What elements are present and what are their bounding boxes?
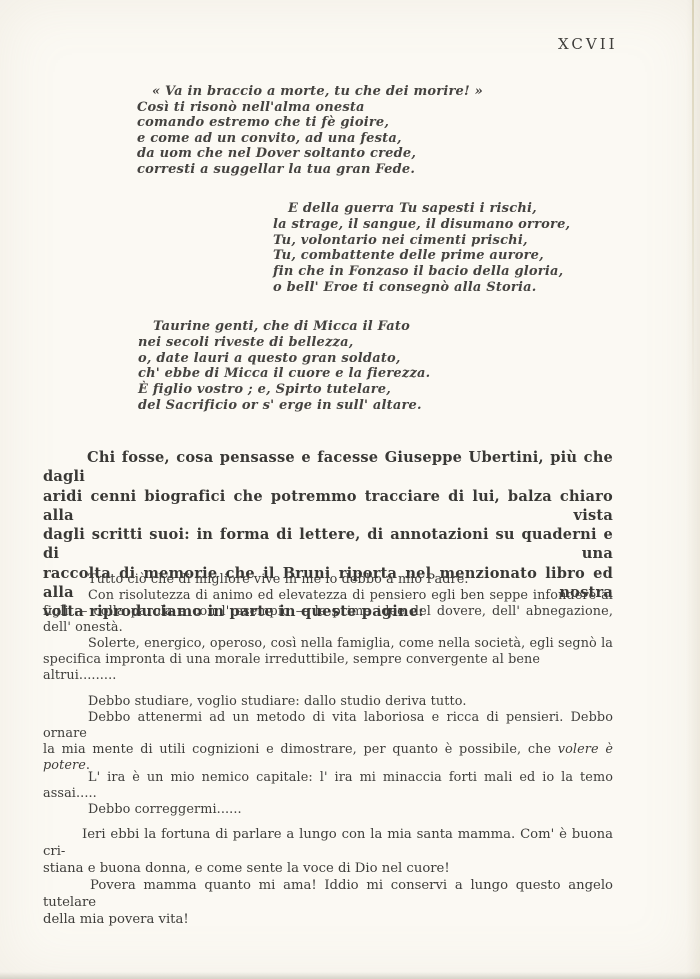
text-line: L' ira è un mio nemico capitale: l' ira …	[43, 770, 613, 802]
text-line: Tutto ciò che di migliore vive in me lo …	[43, 572, 613, 588]
text-line: Povera mamma quanto mi ama! Iddio mi con…	[43, 877, 613, 911]
text-line: « Va in braccio a morte, tu che dei mori…	[137, 84, 483, 100]
text-line: Debbo correggermi......	[43, 802, 613, 818]
poem-stanza-2: E della guerra Tu sapesti i rischi,la st…	[273, 201, 570, 296]
text-segment: la mia mente di utili cognizioni e dimos…	[43, 742, 558, 757]
text-line: Debbo studiare, voglio studiare: dallo s…	[43, 694, 613, 710]
text-line: Ieri ebbi la fortuna di parlare a lungo …	[43, 826, 613, 860]
text-line: Così ti risonò nell'alma onesta	[137, 100, 483, 116]
text-line: da uom che nel Dover soltanto crede,	[137, 146, 483, 162]
scan-edge-bottom-shade	[0, 972, 700, 979]
text-line: Debbo attenermi ad un metodo di vita lab…	[43, 710, 613, 742]
text-line: nei secoli riveste di bellezza,	[138, 335, 430, 351]
text-line: ch' ebbe di Micca il cuore e la fierezza…	[138, 366, 430, 382]
text-line: e come ad un convito, ad una festa,	[137, 131, 483, 147]
memoir-quote-father: Tutto ciò che di migliore vive in me lo …	[43, 572, 613, 684]
text-line: stiana e buona donna, e come sente la vo…	[43, 860, 613, 877]
memoir-quote-mother: Ieri ebbi la fortuna di parlare a lungo …	[43, 826, 613, 928]
scan-edge-right-shade	[686, 0, 700, 979]
page-number: XCVII	[558, 35, 618, 53]
text-line: Chi fosse, cosa pensasse e facesse Giuse…	[43, 448, 613, 487]
text-line: o, date lauri a questo gran soldato,	[138, 351, 430, 367]
text-line: aridi cenni biografici che potremmo trac…	[43, 487, 613, 526]
text-line: E della guerra Tu sapesti i rischi,	[273, 201, 570, 217]
text-line: specifica impronta di una morale irredut…	[43, 652, 613, 684]
text-line: o bell' Eroe ti consegnò alla Storia.	[273, 280, 570, 296]
text-line: comando estremo che ti fè gioire,	[137, 115, 483, 131]
text-line: la strage, il sangue, il disumano orrore…	[273, 217, 570, 233]
text-line: figli — colla parola e con l' esempio — …	[43, 604, 613, 620]
text-line: Tu, volontario nei cimenti prischi,	[273, 233, 570, 249]
text-line: Solerte, energico, operoso, così nella f…	[43, 636, 613, 652]
text-line: dagli scritti suoi: in forma di lettere,…	[43, 525, 613, 564]
text-line: della mia povera vita!	[43, 911, 613, 928]
text-line: Con risolutezza di animo ed elevatezza d…	[43, 588, 613, 604]
text-line: Tu, combattente delle prime aurore,	[273, 248, 570, 264]
poem-stanza-3: Taurine genti, che di Micca il Fatonei s…	[138, 319, 430, 414]
memoir-quote-study: Debbo studiare, voglio studiare: dallo s…	[43, 694, 613, 774]
text-line: Taurine genti, che di Micca il Fato	[138, 319, 430, 335]
text-line: fin che in Fonzaso il bacio della gloria…	[273, 264, 570, 280]
memoir-quote-anger: L' ira è un mio nemico capitale: l' ira …	[43, 770, 613, 818]
text-line: È figlio vostro ; e, Spirto tutelare,	[138, 382, 430, 398]
text-line: del Sacrificio or s' erge in sull' altar…	[138, 398, 430, 414]
poem-stanza-1: « Va in braccio a morte, tu che dei mori…	[137, 84, 483, 177]
text-line: corresti a suggellar la tua gran Fede.	[137, 162, 483, 178]
text-line: dell' onestà.	[43, 620, 613, 636]
